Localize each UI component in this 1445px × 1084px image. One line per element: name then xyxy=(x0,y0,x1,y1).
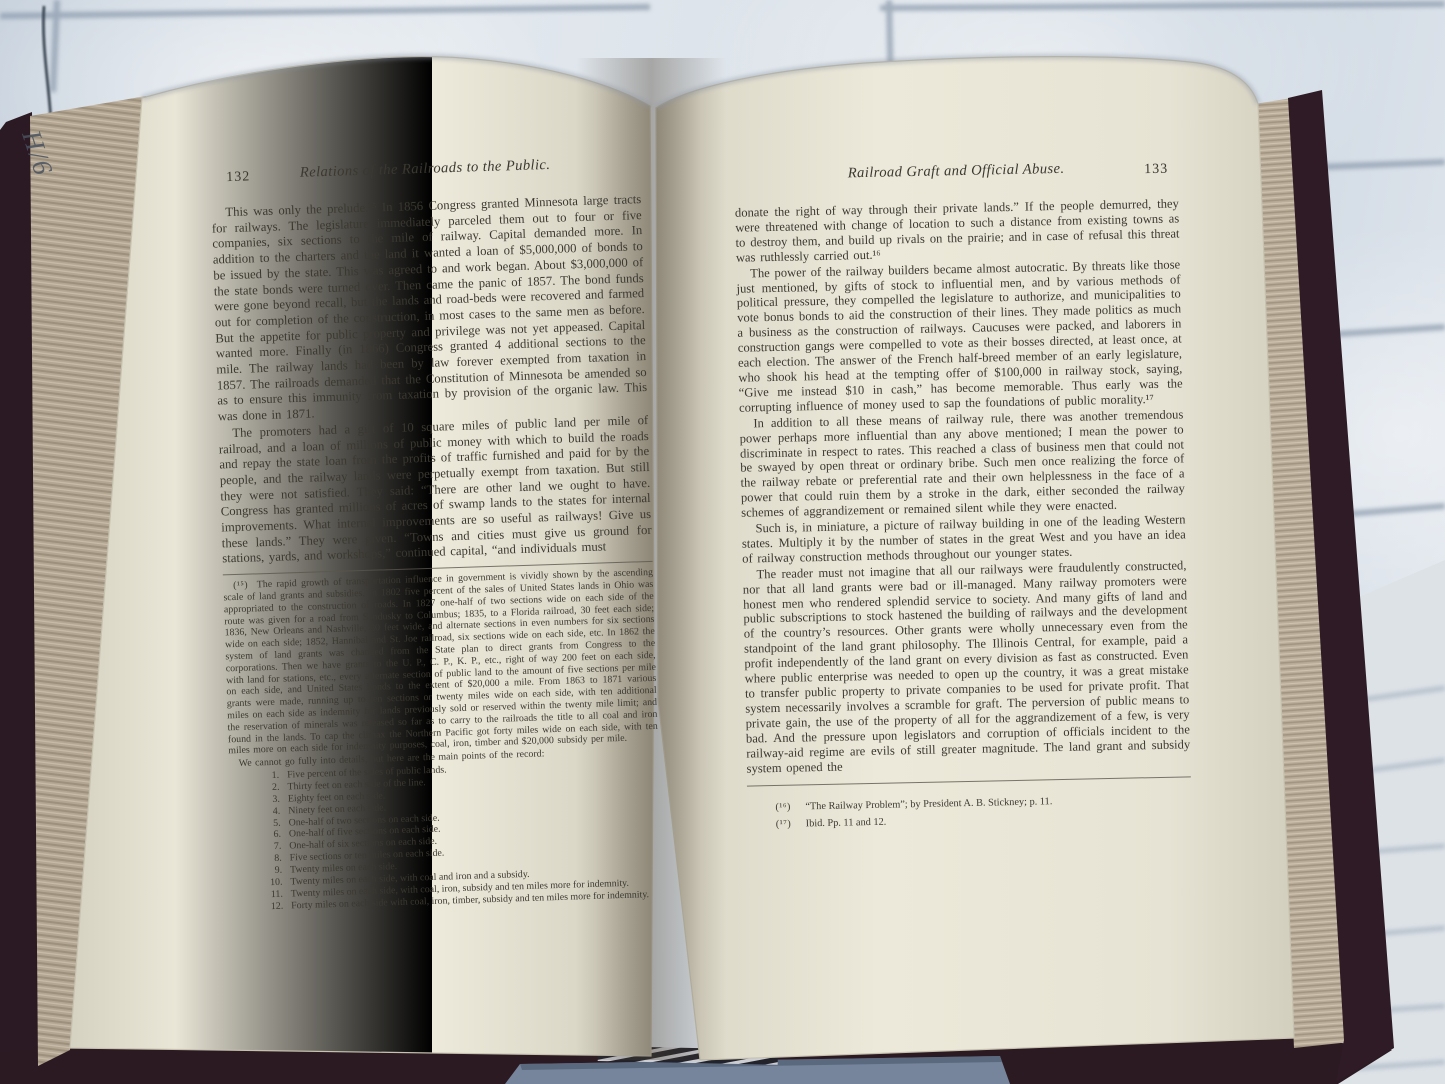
paragraph: The power of the railway builders became… xyxy=(736,257,1183,415)
footnote-list: 1.Five percent of the sales of public la… xyxy=(255,758,663,913)
page-number-right: 133 xyxy=(1144,162,1168,178)
left-page: 132 Relations of the Railroads to the Pu… xyxy=(198,154,667,914)
footnote-text: The rapid growth of transportation influ… xyxy=(223,567,658,757)
paragraph: Such is, in miniature, a picture of rail… xyxy=(741,512,1186,566)
paragraph: donate the right of way through their pr… xyxy=(735,196,1180,265)
paragraph: The reader must not imagine that all our… xyxy=(742,558,1190,776)
footnote-marker: (¹⁵) xyxy=(233,580,248,591)
paragraph: The promoters had a gift of 10 square mi… xyxy=(218,413,652,568)
paragraph: In addition to all these means of railwa… xyxy=(739,407,1185,521)
page-number-left: 132 xyxy=(226,169,250,186)
book-photo: H/6 132 Relations of the Railroads to th… xyxy=(0,0,1445,1084)
footnote-15: (¹⁵) The rapid growth of transportation … xyxy=(223,567,658,757)
paragraph: This was only the prelude.¹⁵ In 1856 Con… xyxy=(211,192,648,425)
right-page: Railroad Graft and Official Abuse. 133 d… xyxy=(722,158,1198,834)
footnote-rule xyxy=(747,777,1191,787)
